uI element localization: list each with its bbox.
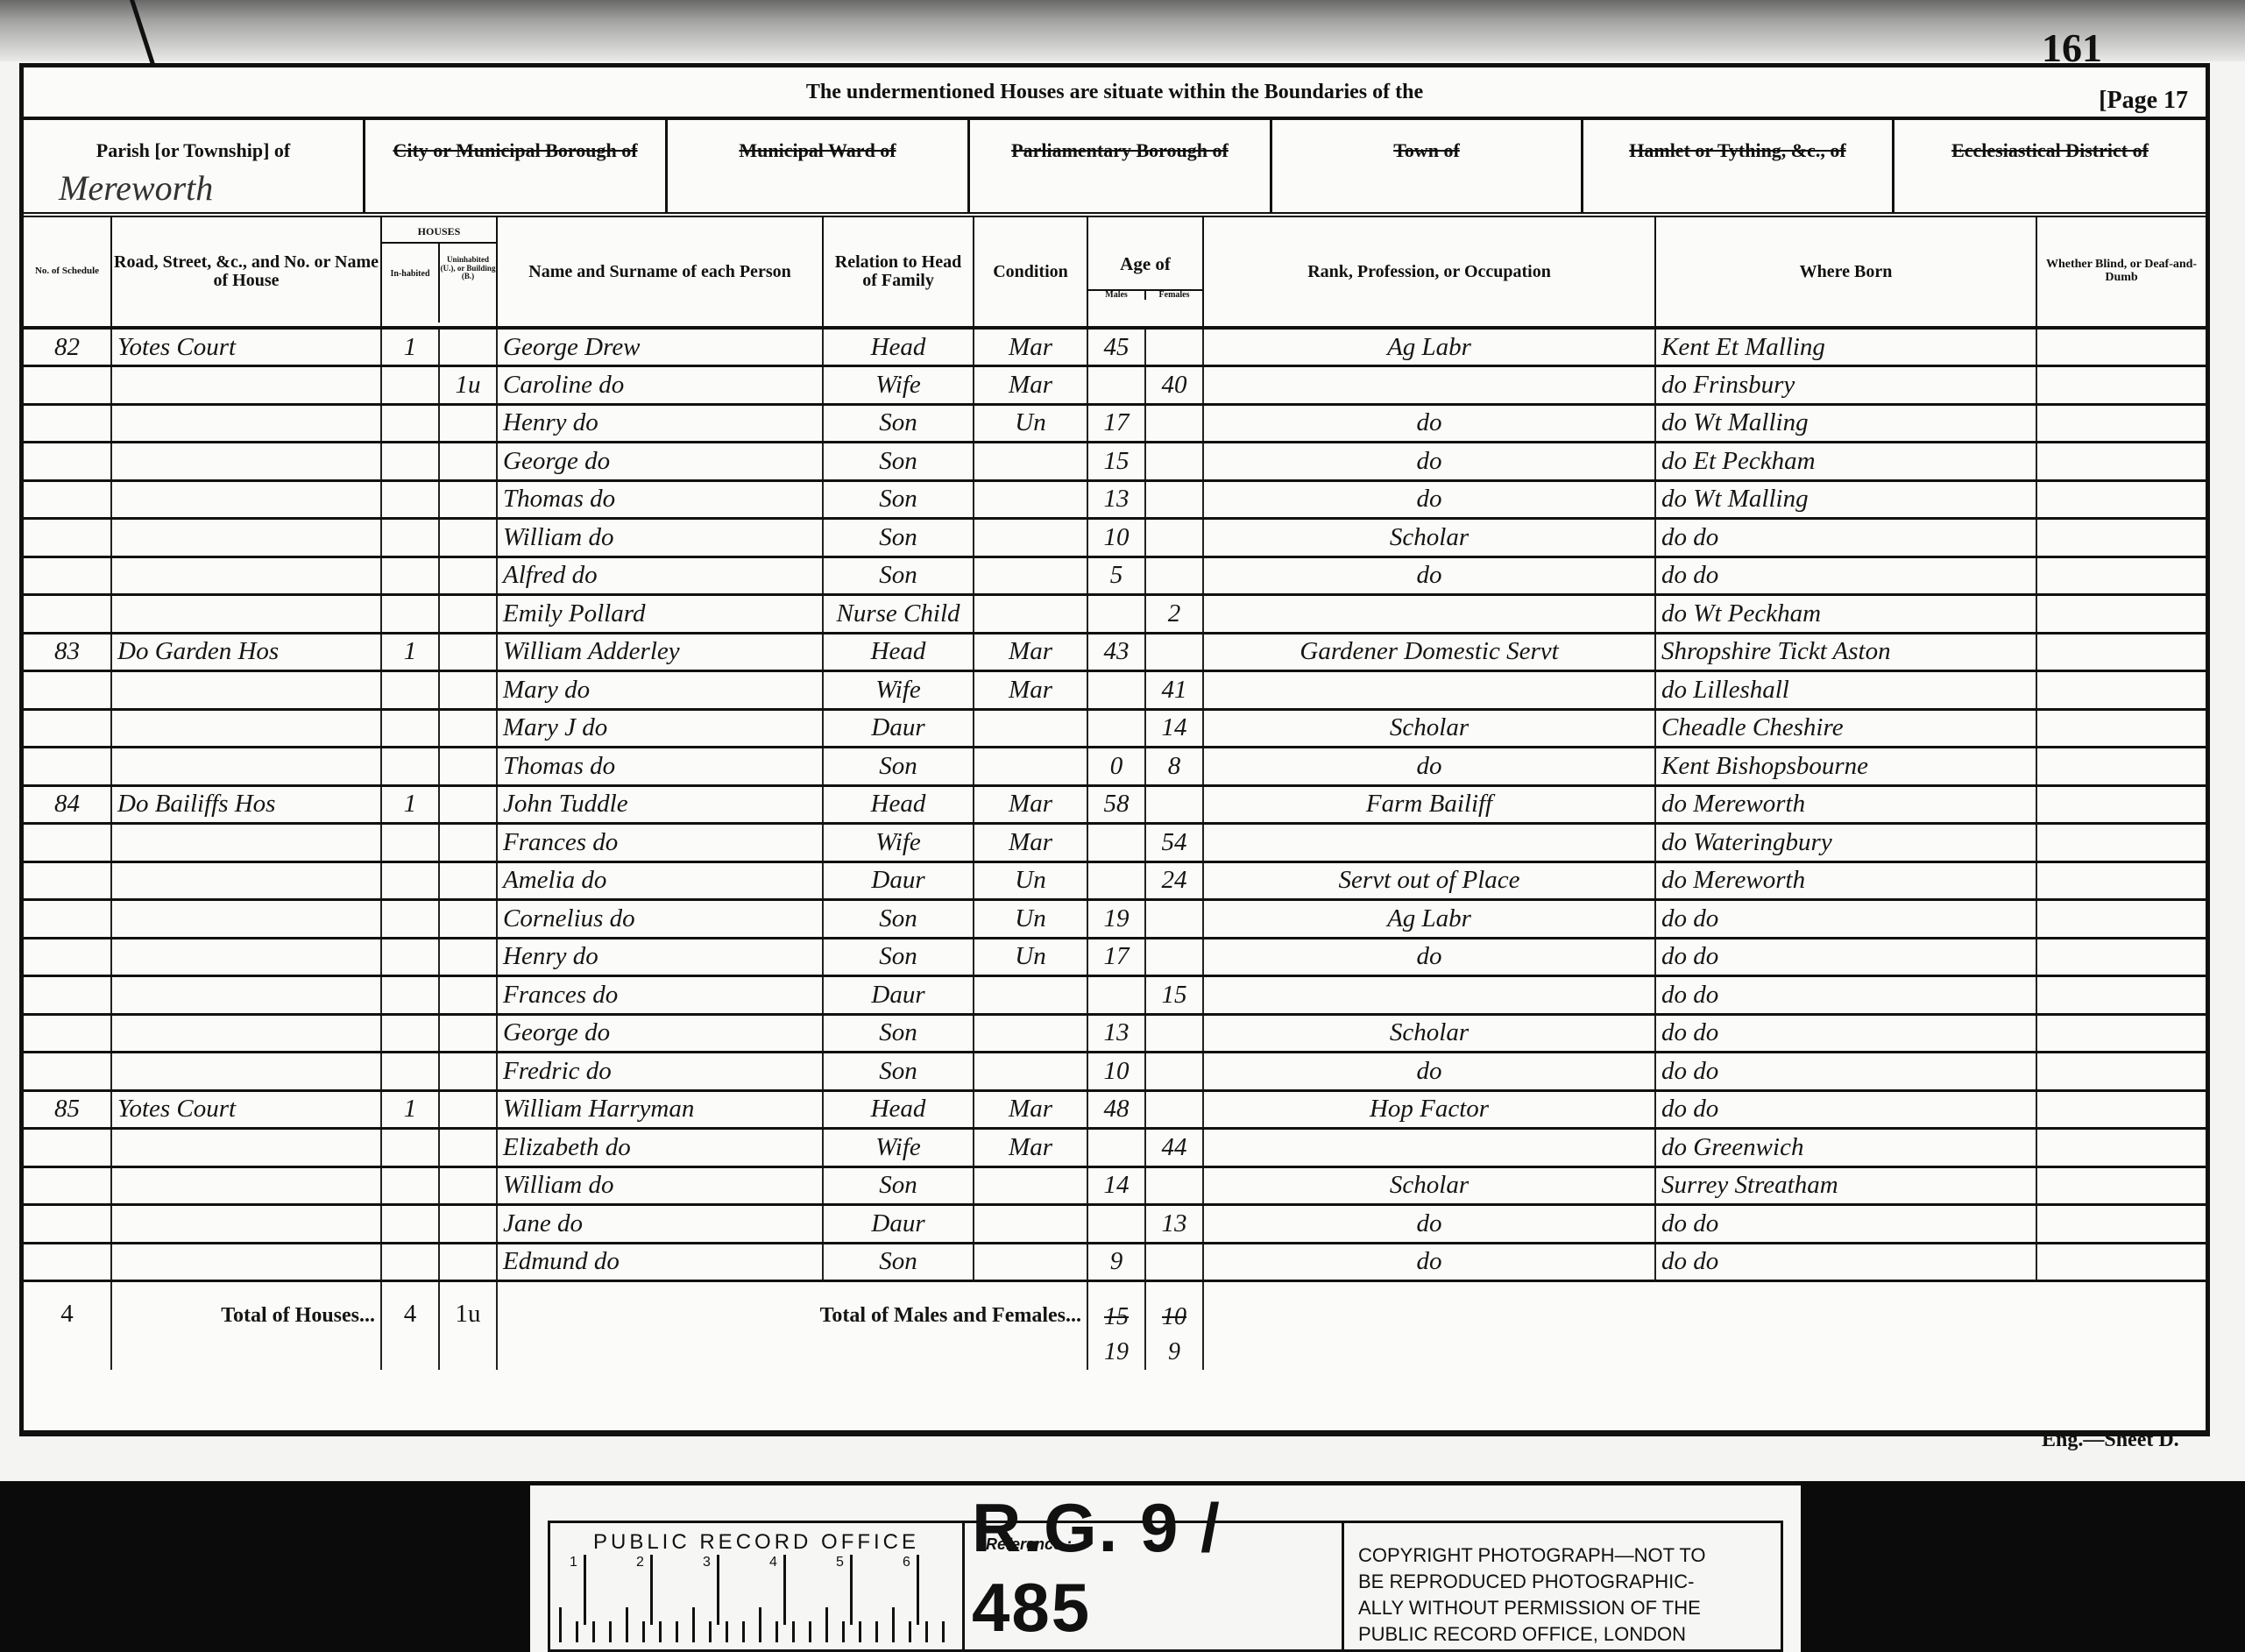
row-schedule: [24, 900, 111, 939]
header-condition: Condition: [974, 217, 1087, 328]
row-infirmity: [2036, 976, 2206, 1015]
row-inhabited: [381, 404, 439, 443]
district-label: Parliamentary Borough of: [1011, 139, 1229, 161]
ruler-tick: [759, 1607, 761, 1642]
census-sheet: The undermentioned Houses are situate wi…: [19, 63, 2210, 1436]
office-title: PUBLIC RECORD OFFICE: [550, 1523, 962, 1555]
row-inhabited: [381, 1014, 439, 1053]
row-birthplace: do do: [1655, 1243, 2036, 1281]
district-label: Hamlet or Tything, &c., of: [1629, 139, 1845, 161]
row-schedule: [24, 748, 111, 786]
row-name: Caroline do: [497, 366, 823, 405]
header-relation: Relation to Head of Family: [823, 217, 974, 328]
ruler-tick: [809, 1621, 811, 1642]
row-age-male: 10: [1087, 1053, 1145, 1091]
row-infirmity: [2036, 1053, 2206, 1091]
row-inhabited: [381, 976, 439, 1015]
row-address: [111, 1205, 381, 1244]
row-infirmity: [2036, 1014, 2206, 1053]
row-age-male: 14: [1087, 1166, 1145, 1205]
public-record-office-stamp: PUBLIC RECORD OFFICE 123456 Reference :—…: [530, 1485, 1801, 1652]
row-schedule: [24, 671, 111, 710]
row-age-male: [1087, 824, 1145, 862]
total-inhabited: 4: [381, 1281, 439, 1371]
row-uninhabited: [439, 824, 497, 862]
page-label: [Page 17: [2099, 76, 2188, 125]
row-occupation: do: [1203, 480, 1655, 519]
row-age-female: [1145, 900, 1203, 939]
row-name: Frances do: [497, 976, 823, 1015]
row-age-female: [1145, 404, 1203, 443]
row-uninhabited: 1u: [439, 366, 497, 405]
row-age-female: [1145, 557, 1203, 595]
row-infirmity: [2036, 443, 2206, 481]
row-name: George do: [497, 443, 823, 481]
age-label: Age of: [1088, 244, 1202, 291]
row-age-female: [1145, 519, 1203, 557]
ruler-tick: [909, 1621, 911, 1642]
row-name: Cornelius do: [497, 900, 823, 939]
row-occupation: Farm Bailiff: [1203, 785, 1655, 824]
row-uninhabited: [439, 900, 497, 939]
row-infirmity: [2036, 900, 2206, 939]
row-condition: [974, 748, 1087, 786]
row-uninhabited: [439, 443, 497, 481]
district-ecclesiastical: Ecclesiastical District of: [1894, 120, 2206, 212]
table-row: Henry doSonUn17dodo Wt Malling: [24, 404, 2206, 443]
ruler-major-tick: [850, 1555, 853, 1625]
row-birthplace: do Wt Peckham: [1655, 595, 2036, 634]
ruler-tick: [875, 1621, 878, 1642]
row-age-male: 17: [1087, 404, 1145, 443]
row-name: Thomas do: [497, 480, 823, 519]
table-row: 1uCaroline doWifeMar40do Frinsbury: [24, 366, 2206, 405]
row-uninhabited: [439, 1129, 497, 1167]
row-infirmity: [2036, 595, 2206, 634]
district-municipal-borough: City or Municipal Borough of: [365, 120, 668, 212]
ruler-tick: [592, 1621, 595, 1642]
row-relation: Head: [823, 633, 974, 671]
row-relation: Son: [823, 1053, 974, 1091]
ruler-tick: [825, 1607, 828, 1642]
header-uninhabited: Uninhabited (U.), or Building (B.): [440, 244, 496, 323]
row-uninhabited: [439, 1053, 497, 1091]
row-birthplace: do do: [1655, 1205, 2036, 1244]
row-address: Yotes Court: [111, 1090, 381, 1129]
sheet-identifier: Eng.—Sheet D.: [2042, 1429, 2179, 1452]
header-schedule: No. of Schedule: [24, 217, 111, 328]
row-age-female: 41: [1145, 671, 1203, 710]
row-occupation: [1203, 671, 1655, 710]
row-age-female: 54: [1145, 824, 1203, 862]
row-infirmity: [2036, 633, 2206, 671]
table-row: 85Yotes Court1William HarrymanHeadMar48H…: [24, 1090, 2206, 1129]
row-inhabited: [381, 824, 439, 862]
row-condition: [974, 976, 1087, 1015]
row-birthplace: do do: [1655, 938, 2036, 976]
row-address: [111, 480, 381, 519]
banner-text: The undermentioned Houses are situate wi…: [806, 81, 1423, 103]
row-schedule: [24, 404, 111, 443]
table-row: William doSon14ScholarSurrey Streatham: [24, 1166, 2206, 1205]
row-condition: [974, 1053, 1087, 1091]
row-relation: Daur: [823, 1205, 974, 1244]
ruler-major-tick: [650, 1555, 653, 1625]
row-inhabited: [381, 519, 439, 557]
row-occupation: Scholar: [1203, 519, 1655, 557]
row-name: William Harryman: [497, 1090, 823, 1129]
row-name: Henry do: [497, 404, 823, 443]
copyright-line: COPYRIGHT PHOTOGRAPH—NOT TO: [1358, 1542, 1772, 1569]
header-inhabited: In-habited: [382, 244, 440, 323]
row-birthplace: do Mereworth: [1655, 785, 2036, 824]
row-uninhabited: [439, 976, 497, 1015]
row-schedule: [24, 824, 111, 862]
district-parish: Parish [or Township] of Mereworth: [24, 120, 365, 212]
row-age-female: [1145, 938, 1203, 976]
reference-panel: Reference :— R.G. 9 / 485: [965, 1523, 1344, 1649]
row-age-female: 40: [1145, 366, 1203, 405]
row-birthplace: do Wt Malling: [1655, 480, 2036, 519]
row-uninhabited: [439, 938, 497, 976]
row-occupation: Scholar: [1203, 709, 1655, 748]
row-age-female: [1145, 443, 1203, 481]
row-age-male: 45: [1087, 328, 1145, 366]
row-schedule: [24, 366, 111, 405]
ruler-tick: [692, 1607, 695, 1642]
row-age-female: [1145, 633, 1203, 671]
row-relation: Son: [823, 1166, 974, 1205]
row-inhabited: [381, 480, 439, 519]
row-infirmity: [2036, 785, 2206, 824]
row-schedule: [24, 709, 111, 748]
row-age-male: [1087, 861, 1145, 900]
header-name: Name and Surname of each Person: [497, 217, 823, 328]
row-age-female: 8: [1145, 748, 1203, 786]
ruler-major-tick: [917, 1555, 919, 1625]
row-infirmity: [2036, 938, 2206, 976]
row-birthplace: Shropshire Tickt Aston: [1655, 633, 2036, 671]
ruler-tick: [942, 1621, 945, 1642]
row-name: William do: [497, 519, 823, 557]
row-occupation: Gardener Domestic Servt: [1203, 633, 1655, 671]
row-age-female: 15: [1145, 976, 1203, 1015]
row-inhabited: [381, 366, 439, 405]
row-age-male: 9: [1087, 1243, 1145, 1281]
row-age-male: [1087, 595, 1145, 634]
header-infirmity: Whether Blind, or Deaf-and-Dumb: [2036, 217, 2206, 328]
row-name: Thomas do: [497, 748, 823, 786]
row-age-male: 58: [1087, 785, 1145, 824]
row-condition: Mar: [974, 633, 1087, 671]
row-occupation: [1203, 1129, 1655, 1167]
row-schedule: [24, 1129, 111, 1167]
row-address: [111, 1166, 381, 1205]
row-age-female: [1145, 1243, 1203, 1281]
row-age-male: [1087, 1205, 1145, 1244]
row-occupation: do: [1203, 938, 1655, 976]
row-address: [111, 709, 381, 748]
row-birthplace: Cheadle Cheshire: [1655, 709, 2036, 748]
row-birthplace: do do: [1655, 1014, 2036, 1053]
district-label: City or Municipal Borough of: [393, 139, 637, 161]
row-infirmity: [2036, 1166, 2206, 1205]
row-occupation: do: [1203, 557, 1655, 595]
row-relation: Head: [823, 1090, 974, 1129]
row-name: Amelia do: [497, 861, 823, 900]
table-row: Jane doDaur13dodo do: [24, 1205, 2206, 1244]
row-condition: Mar: [974, 785, 1087, 824]
row-condition: Mar: [974, 328, 1087, 366]
row-age-female: 2: [1145, 595, 1203, 634]
scale-ruler-icon: 123456: [559, 1555, 953, 1642]
row-address: [111, 1243, 381, 1281]
row-schedule: [24, 519, 111, 557]
row-relation: Nurse Child: [823, 595, 974, 634]
row-inhabited: 1: [381, 1090, 439, 1129]
row-condition: Un: [974, 938, 1087, 976]
row-age-male: 13: [1087, 480, 1145, 519]
row-name: William Adderley: [497, 633, 823, 671]
row-schedule: [24, 1243, 111, 1281]
row-occupation: do: [1203, 404, 1655, 443]
table-row: Thomas doSon13dodo Wt Malling: [24, 480, 2206, 519]
row-address: [111, 1053, 381, 1091]
row-relation: Son: [823, 557, 974, 595]
ruler-tick: [925, 1621, 928, 1642]
row-occupation: [1203, 595, 1655, 634]
row-occupation: do: [1203, 1053, 1655, 1091]
ruler-tick: [775, 1621, 778, 1642]
header-houses: HOUSES In-habited Uninhabited (U.), or B…: [381, 217, 497, 328]
table-row: 84Do Bailiffs Hos1John TuddleHeadMar58Fa…: [24, 785, 2206, 824]
row-age-female: [1145, 1053, 1203, 1091]
row-relation: Daur: [823, 861, 974, 900]
district-municipal-ward: Municipal Ward of: [668, 120, 970, 212]
row-age-female: 24: [1145, 861, 1203, 900]
row-relation: Son: [823, 404, 974, 443]
district-label: Town of: [1393, 139, 1460, 161]
row-address: [111, 938, 381, 976]
ruler-tick: [626, 1607, 628, 1642]
row-inhabited: 1: [381, 633, 439, 671]
row-occupation: Servt out of Place: [1203, 861, 1655, 900]
row-schedule: [24, 1166, 111, 1205]
row-relation: Son: [823, 748, 974, 786]
row-uninhabited: [439, 1090, 497, 1129]
row-uninhabited: [439, 480, 497, 519]
row-address: [111, 671, 381, 710]
row-inhabited: [381, 900, 439, 939]
district-label: Municipal Ward of: [739, 139, 896, 161]
row-infirmity: [2036, 671, 2206, 710]
total-males: 19: [1094, 1335, 1139, 1370]
row-infirmity: [2036, 557, 2206, 595]
row-uninhabited: [439, 404, 497, 443]
row-inhabited: [381, 557, 439, 595]
ruler-tick: [709, 1621, 712, 1642]
row-uninhabited: [439, 595, 497, 634]
row-age-male: 0: [1087, 748, 1145, 786]
row-age-female: 13: [1145, 1205, 1203, 1244]
row-inhabited: 1: [381, 785, 439, 824]
row-infirmity: [2036, 519, 2206, 557]
row-name: Fredric do: [497, 1053, 823, 1091]
row-relation: Daur: [823, 709, 974, 748]
district-value: Mereworth: [59, 167, 213, 209]
row-infirmity: [2036, 824, 2206, 862]
row-uninhabited: [439, 861, 497, 900]
row-age-female: [1145, 480, 1203, 519]
table-row: Henry doSonUn17dodo do: [24, 938, 2206, 976]
ruler-major-tick: [584, 1555, 586, 1625]
row-condition: Mar: [974, 824, 1087, 862]
row-name: Jane do: [497, 1205, 823, 1244]
row-condition: Mar: [974, 1129, 1087, 1167]
total-uninhabited: 1u: [439, 1281, 497, 1371]
row-infirmity: [2036, 1205, 2206, 1244]
header-born: Where Born: [1655, 217, 2036, 328]
row-address: [111, 1129, 381, 1167]
row-birthplace: do Greenwich: [1655, 1129, 2036, 1167]
row-age-female: [1145, 1166, 1203, 1205]
row-age-female: 44: [1145, 1129, 1203, 1167]
row-birthplace: do do: [1655, 557, 2036, 595]
row-birthplace: do Lilleshall: [1655, 671, 2036, 710]
row-uninhabited: [439, 1014, 497, 1053]
row-age-male: 19: [1087, 900, 1145, 939]
row-inhabited: [381, 1205, 439, 1244]
row-condition: [974, 1243, 1087, 1281]
row-schedule: [24, 861, 111, 900]
table-row: William doSon10Scholardo do: [24, 519, 2206, 557]
row-address: [111, 824, 381, 862]
row-condition: [974, 595, 1087, 634]
row-address: [111, 976, 381, 1015]
row-uninhabited: [439, 748, 497, 786]
row-relation: Son: [823, 443, 974, 481]
ruler-tick: [726, 1621, 728, 1642]
row-uninhabited: [439, 557, 497, 595]
row-relation: Son: [823, 900, 974, 939]
table-row: Frances doWifeMar54do Wateringbury: [24, 824, 2206, 862]
row-schedule: 83: [24, 633, 111, 671]
row-condition: [974, 1014, 1087, 1053]
row-uninhabited: [439, 633, 497, 671]
ruler-label: 6: [903, 1555, 910, 1570]
header-age-males: Males: [1088, 291, 1146, 301]
row-condition: [974, 709, 1087, 748]
row-relation: Wife: [823, 671, 974, 710]
row-infirmity: [2036, 404, 2206, 443]
row-relation: Wife: [823, 1129, 974, 1167]
ruler-label: 4: [769, 1555, 777, 1570]
row-name: Alfred do: [497, 557, 823, 595]
row-address: Yotes Court: [111, 328, 381, 366]
row-relation: Son: [823, 1243, 974, 1281]
district-label: Ecclesiastical District of: [1951, 139, 2149, 161]
ruler-tick: [859, 1621, 861, 1642]
row-address: [111, 557, 381, 595]
row-condition: [974, 1166, 1087, 1205]
table-row: 82Yotes Court1George DrewHeadMar45Ag Lab…: [24, 328, 2206, 366]
row-age-male: 15: [1087, 443, 1145, 481]
table-row: Elizabeth doWifeMar44do Greenwich: [24, 1129, 2206, 1167]
row-infirmity: [2036, 328, 2206, 366]
row-uninhabited: [439, 1205, 497, 1244]
row-relation: Son: [823, 938, 974, 976]
row-address: [111, 748, 381, 786]
row-birthplace: do Mereworth: [1655, 861, 2036, 900]
row-inhabited: [381, 1243, 439, 1281]
census-table: No. of Schedule Road, Street, &c., and N…: [24, 217, 2206, 1370]
row-inhabited: [381, 443, 439, 481]
table-row: Amelia doDaurUn24Servt out of Placedo Me…: [24, 861, 2206, 900]
table-row: Mary doWifeMar41do Lilleshall: [24, 671, 2206, 710]
row-schedule: [24, 443, 111, 481]
row-occupation: do: [1203, 748, 1655, 786]
row-age-male: 43: [1087, 633, 1145, 671]
ruler-tick: [892, 1607, 895, 1642]
row-occupation: Ag Labr: [1203, 900, 1655, 939]
row-address: [111, 595, 381, 634]
row-relation: Head: [823, 328, 974, 366]
table-row: Edmund doSon9dodo do: [24, 1243, 2206, 1281]
row-condition: Mar: [974, 366, 1087, 405]
row-name: Emily Pollard: [497, 595, 823, 634]
header-age: Age of Males Females: [1087, 217, 1203, 328]
row-relation: Son: [823, 1014, 974, 1053]
row-name: George do: [497, 1014, 823, 1053]
ruler-tick: [842, 1621, 845, 1642]
total-schedules: 4: [24, 1281, 111, 1371]
ruler-panel: PUBLIC RECORD OFFICE 123456: [550, 1523, 965, 1649]
row-condition: [974, 557, 1087, 595]
row-birthplace: do Wt Malling: [1655, 404, 2036, 443]
row-occupation: [1203, 824, 1655, 862]
row-schedule: [24, 1053, 111, 1091]
row-address: [111, 861, 381, 900]
ruler-label: 3: [703, 1555, 711, 1570]
row-name: Edmund do: [497, 1243, 823, 1281]
row-schedule: 85: [24, 1090, 111, 1129]
total-males-original: 15: [1094, 1300, 1139, 1335]
total-females-original: 10: [1151, 1300, 1197, 1335]
row-uninhabited: [439, 1243, 497, 1281]
row-address: Do Bailiffs Hos: [111, 785, 381, 824]
row-schedule: 84: [24, 785, 111, 824]
ruler-label: 2: [636, 1555, 644, 1570]
district-header: Parish [or Township] of Mereworth City o…: [24, 120, 2206, 217]
copyright-notice: COPYRIGHT PHOTOGRAPH—NOT TO BE REPRODUCE…: [1344, 1523, 1781, 1649]
row-schedule: [24, 938, 111, 976]
row-name: Henry do: [497, 938, 823, 976]
ruler-label: 5: [836, 1555, 844, 1570]
row-inhabited: [381, 1129, 439, 1167]
column-headers: No. of Schedule Road, Street, &c., and N…: [24, 217, 2206, 328]
row-occupation: Hop Factor: [1203, 1090, 1655, 1129]
row-name: Elizabeth do: [497, 1129, 823, 1167]
row-occupation: Scholar: [1203, 1166, 1655, 1205]
district-hamlet: Hamlet or Tything, &c., of: [1583, 120, 1894, 212]
table-row: 83Do Garden Hos1William AdderleyHeadMar4…: [24, 633, 2206, 671]
row-infirmity: [2036, 1090, 2206, 1129]
row-inhabited: [381, 861, 439, 900]
ruler-tick: [559, 1607, 562, 1642]
row-infirmity: [2036, 480, 2206, 519]
row-age-female: [1145, 785, 1203, 824]
row-uninhabited: [439, 1166, 497, 1205]
